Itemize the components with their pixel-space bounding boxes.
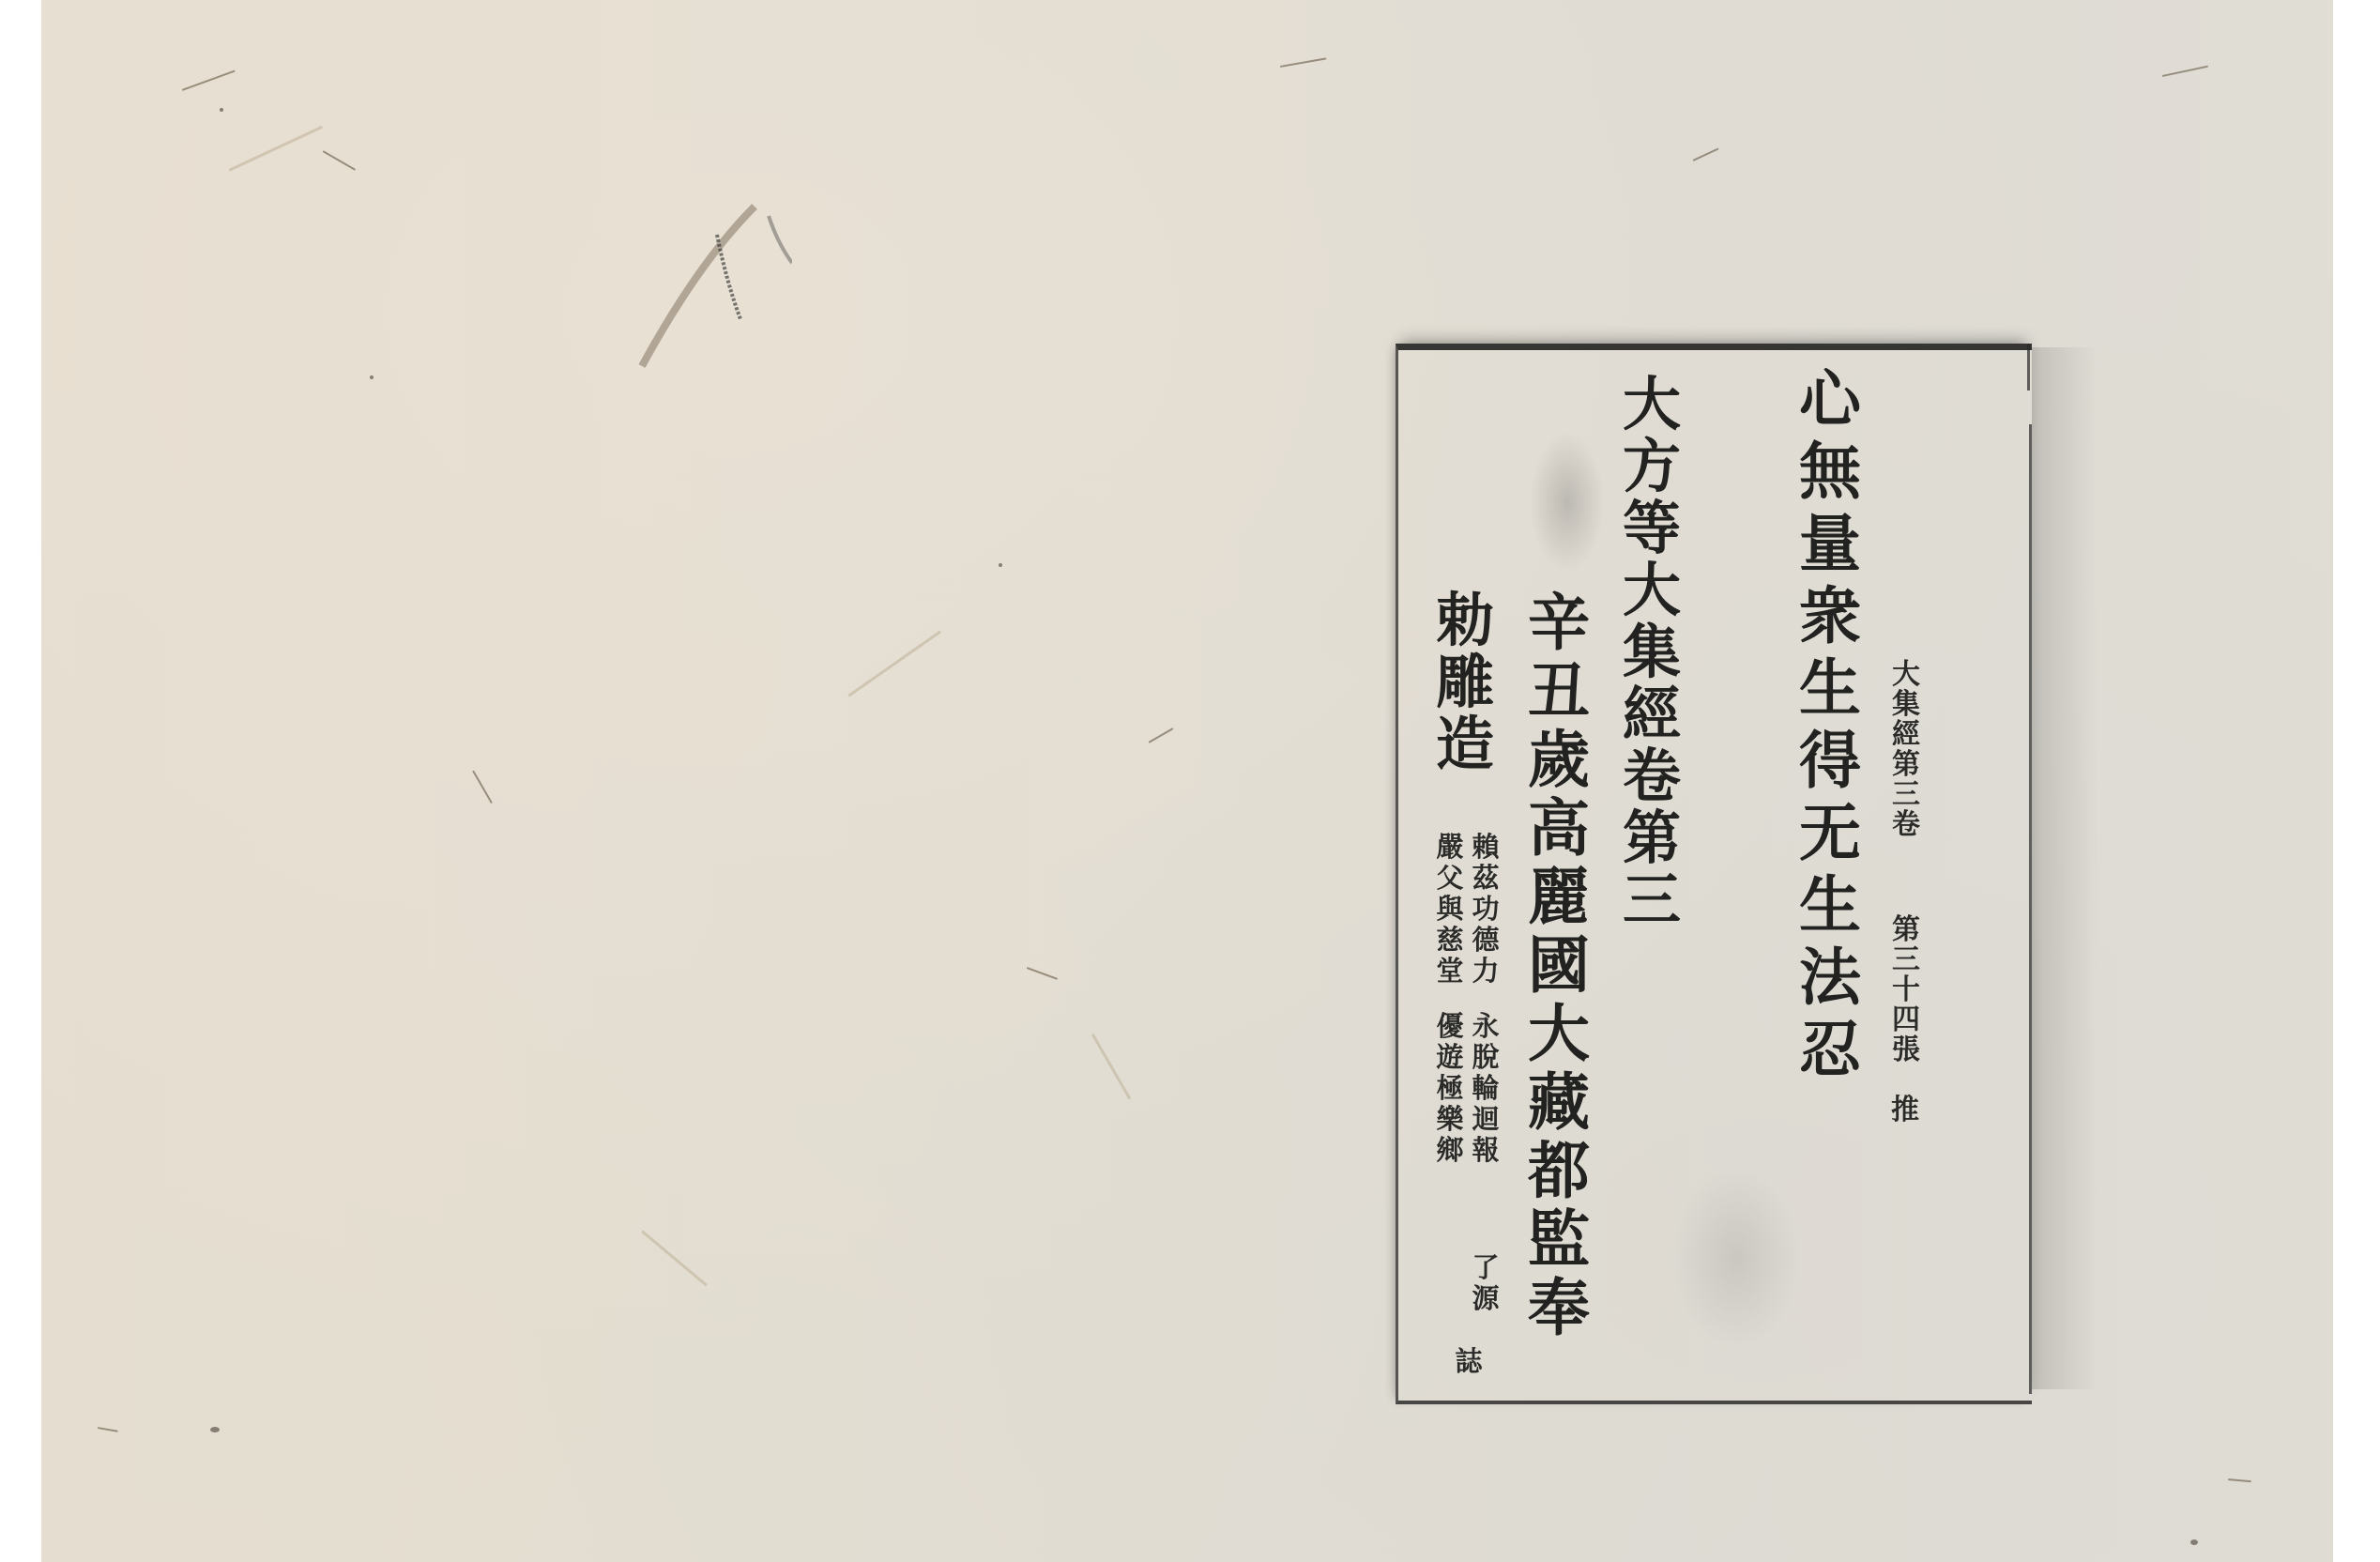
paper-speck — [2190, 1539, 2198, 1545]
glyph: 鄉 — [1436, 1137, 1463, 1168]
paper-fiber — [472, 771, 493, 804]
paper-fiber — [1149, 727, 1174, 743]
paper-fiber — [847, 630, 941, 697]
glyph: 了 — [1472, 1254, 1499, 1285]
glyph: 生 — [1799, 874, 1861, 946]
paper-fiber — [228, 126, 323, 172]
glyph: 與 — [1436, 896, 1463, 926]
paper-fiber — [2162, 66, 2208, 77]
glyph: 丑 — [1528, 660, 1590, 728]
glyph: 誌 — [1455, 1348, 1482, 1379]
glyph: 辛 — [1528, 591, 1590, 660]
glyph: 方 — [1623, 437, 1681, 499]
glyph: 造 — [1436, 715, 1494, 777]
glyph: 德 — [1472, 926, 1499, 957]
paper-fiber — [1693, 147, 1719, 161]
border-right-edge — [2029, 424, 2032, 1394]
glyph: 永 — [1472, 1013, 1499, 1044]
dedication-line-2: 嚴父與慈堂優遊極樂鄉 — [1432, 834, 1468, 1168]
glyph: 經 — [1623, 685, 1681, 747]
glyph: 集 — [1892, 691, 1920, 721]
glyph: 忍 — [1799, 1018, 1861, 1091]
glyph: 父 — [1436, 865, 1463, 896]
ink-smudge-mark — [586, 178, 792, 385]
paper-fiber — [641, 1230, 708, 1286]
edict-column: 勅雕造 — [1432, 591, 1498, 777]
glyph: 優 — [1436, 1013, 1463, 1044]
glyph: 第 — [1623, 809, 1681, 871]
marginal-note-sheet-number: 第三十四張 — [1888, 916, 1924, 1066]
glyph: 三 — [1892, 781, 1920, 811]
paper-speck — [210, 1427, 220, 1432]
glyph: 无 — [1799, 802, 1861, 874]
glyph: 雕 — [1436, 653, 1494, 715]
glyph: 輪 — [1472, 1075, 1499, 1106]
glyph: 脫 — [1472, 1044, 1499, 1075]
glyph: 功 — [1472, 896, 1499, 926]
paper-fiber — [1027, 967, 1059, 980]
paper-fiber — [182, 70, 236, 91]
glyph: 歲 — [1528, 728, 1590, 797]
paper-speck — [370, 375, 374, 379]
glyph: 勅 — [1436, 591, 1494, 653]
glyph: 高 — [1528, 797, 1590, 865]
glyph: 大 — [1892, 661, 1920, 691]
glyph: 無 — [1799, 440, 1861, 513]
glyph: 經 — [1892, 721, 1920, 751]
glyph: 量 — [1799, 513, 1861, 585]
paper-fiber — [2228, 1478, 2251, 1482]
paper-fiber — [98, 1427, 118, 1432]
glyph: 藏 — [1528, 1071, 1590, 1140]
dedication-inscription-mark: 誌 — [1453, 1348, 1485, 1379]
border-ear-notch — [2027, 344, 2030, 390]
glyph: 監 — [1528, 1208, 1590, 1277]
glyph: 卷 — [1623, 747, 1681, 809]
paper-fiber — [1091, 1034, 1132, 1100]
dedication-author: 了源 — [1470, 1254, 1502, 1316]
glyph: 大 — [1623, 561, 1681, 623]
glyph: 奉 — [1528, 1277, 1590, 1345]
glyph: 張 — [1892, 1036, 1920, 1066]
sutra-title-column: 大方等大集經卷第三 — [1618, 375, 1686, 933]
paper-speck — [220, 108, 223, 112]
glyph: 衆 — [1799, 585, 1861, 657]
glyph: 集 — [1623, 623, 1681, 685]
glyph: 十 — [1892, 976, 1920, 1006]
glyph: 第 — [1892, 751, 1920, 781]
glyph: 卷 — [1892, 811, 1920, 841]
glyph: 報 — [1472, 1137, 1499, 1168]
glyph: 慈 — [1436, 926, 1463, 957]
glyph: 大 — [1528, 1003, 1590, 1071]
glyph: 三 — [1623, 871, 1681, 933]
glyph: 樂 — [1436, 1106, 1463, 1137]
glyph: 迴 — [1472, 1106, 1499, 1137]
glyph: 大 — [1623, 375, 1681, 437]
glyph: 嚴 — [1436, 834, 1463, 865]
glyph: 麗 — [1528, 865, 1590, 934]
glyph: 三 — [1892, 946, 1920, 976]
glyph: 都 — [1528, 1140, 1590, 1208]
glyph: 遊 — [1436, 1044, 1463, 1075]
glyph: 茲 — [1472, 865, 1499, 896]
dedication-line-1: 賴茲功德力永脫輪迴報 — [1468, 834, 1503, 1168]
glyph: 法 — [1799, 946, 1861, 1018]
colophon-date-office-column: 辛丑歲高麗國大藏都監奉 — [1524, 591, 1594, 1345]
glyph: 國 — [1528, 934, 1590, 1003]
glyph: 四 — [1892, 1006, 1920, 1036]
glyph: 第 — [1892, 916, 1920, 946]
paper-fiber — [1280, 57, 1327, 68]
sutra-text-column: 心無量衆生得无生法忍 — [1794, 368, 1866, 1091]
glyph: 得 — [1799, 729, 1861, 802]
glyph: 賴 — [1472, 834, 1499, 865]
glyph: 極 — [1436, 1075, 1463, 1106]
marginal-note-carver: 推 — [1884, 1096, 1926, 1126]
glyph: 推 — [1891, 1096, 1919, 1126]
ink-bleed — [2032, 347, 2098, 1389]
glyph: 堂 — [1436, 957, 1463, 988]
glyph: 源 — [1472, 1285, 1499, 1316]
paper-speck — [999, 563, 1002, 567]
glyph: 生 — [1799, 657, 1861, 729]
paper-fiber — [323, 150, 357, 171]
marginal-note-volume: 大集經第三卷 — [1888, 661, 1924, 841]
glyph: 等 — [1623, 499, 1681, 561]
glyph: 力 — [1472, 957, 1499, 988]
glyph: 心 — [1799, 368, 1861, 440]
